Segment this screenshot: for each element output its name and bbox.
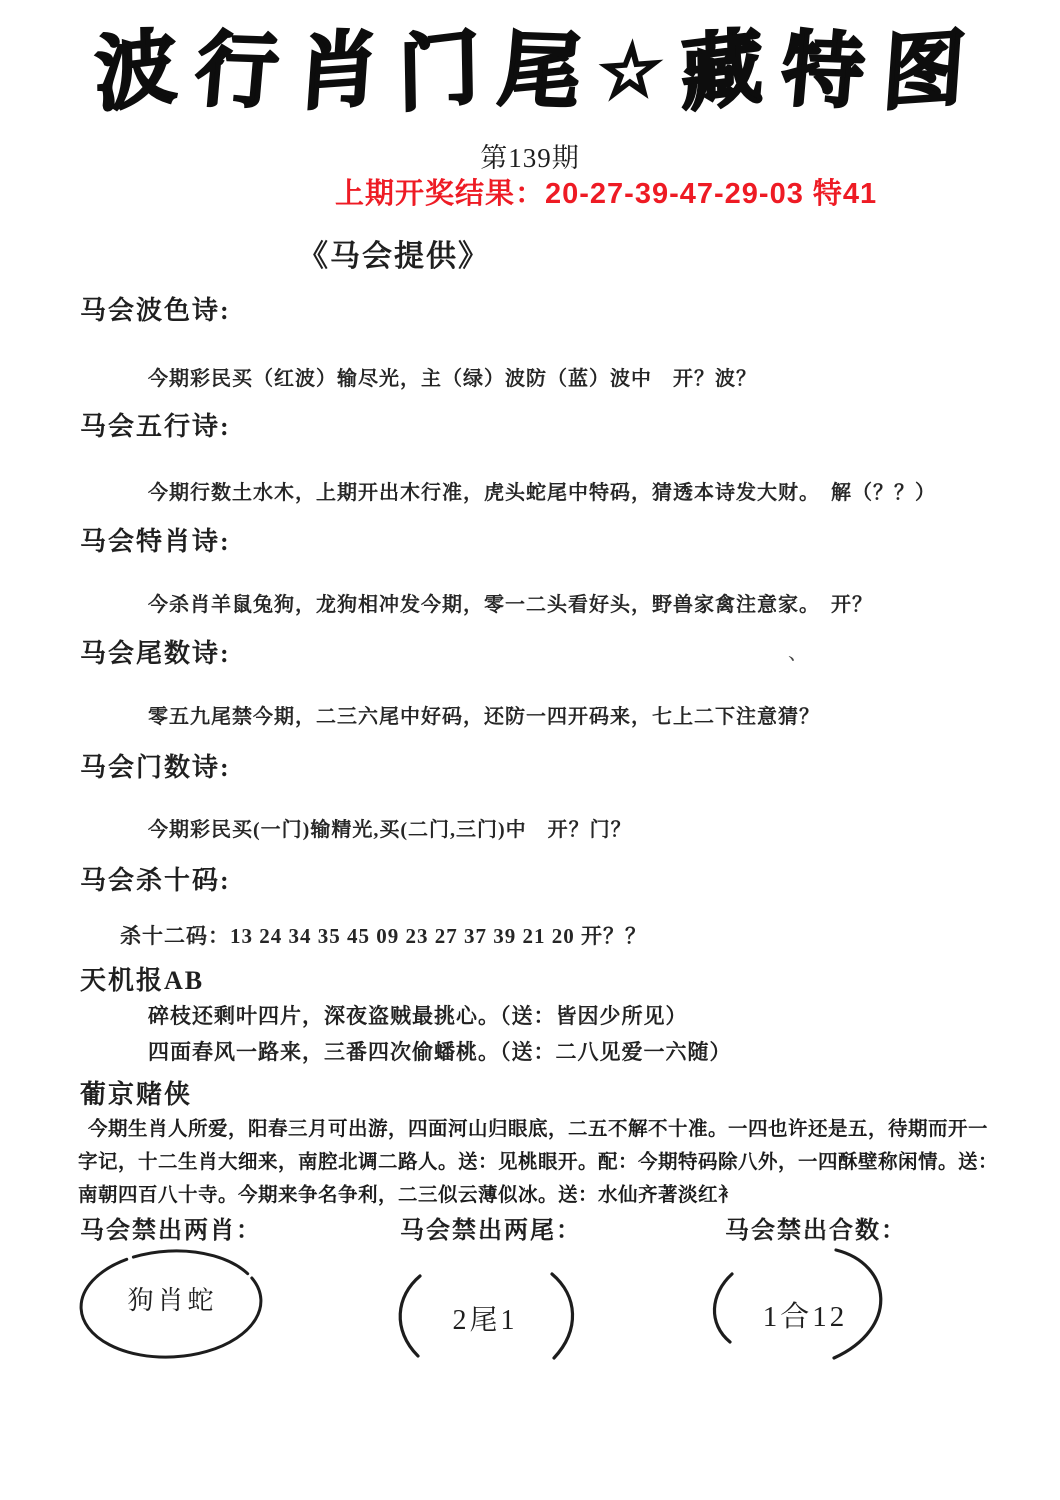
title-char: 肖 (294, 27, 382, 115)
title-char: 波 (95, 25, 178, 117)
pujing-line-1: 今期生肖人所爱，阳春三月可出游，四面河山归眼底，二五不解不十准。一四也许还是五，… (88, 1113, 988, 1141)
star-icon: ☆ (597, 34, 665, 109)
pujing-label: 葡京赌侠 (80, 1074, 192, 1111)
ban-label-heshu: 马会禁出合数： (725, 1210, 907, 1245)
section-label-weishu: 马会尾数诗: (80, 633, 231, 670)
section-label-menshu: 马会门数诗: (80, 747, 231, 784)
section-poem-weishu: 零五九尾禁今期，二三六尾中好码，还防一四开码来，七上二下注意猜？ (148, 700, 820, 729)
ban-value-heshu: 1合12 (700, 1294, 910, 1335)
title-char: 门 (397, 25, 480, 117)
ban-value-shengxiao: 狗肖蛇 (75, 1280, 270, 1317)
title-char: 藏 (681, 25, 764, 117)
section-label-shashima: 马会杀十码: (80, 860, 231, 897)
ban-label-weishu: 马会禁出两尾： (400, 1210, 582, 1245)
ban-value-weishu: 2尾1 (380, 1298, 590, 1338)
ban-shape-shengxiao: 狗肖蛇 (75, 1248, 270, 1363)
lottery-tip-sheet: 波行肖门尾☆藏特图 第139期 上期开奖结果：20-27-39-47-29-03… (0, 0, 1060, 1500)
ban-shape-weishu: 2尾1 (380, 1268, 590, 1363)
ban-shape-heshu: 1合12 (700, 1246, 910, 1364)
section-label-wuxing: 马会五行诗: (80, 406, 231, 443)
section-label-texiao: 马会特肖诗: (80, 521, 231, 558)
section-poem-wuxing: 今期行数土水木，上期开出木行准，虎头蛇尾中特码，猜透本诗发大财。 解（？？） (148, 476, 936, 505)
ban-label-shengxiao: 马会禁出两肖： (80, 1210, 262, 1245)
pujing-line-2: 字记，十二生肖大细来，南腔北调二路人。送：见桃眼开。配：今期特码除八外，一四酥壁… (78, 1146, 998, 1174)
stray-mark: 、 (788, 636, 808, 665)
title-char: 行 (192, 29, 281, 114)
section-poem-bose: 今期彩民买（红波）输尽光，主（绿）波防（蓝）波中 开？波？ (148, 362, 757, 391)
section-label-bose: 马会波色诗: (80, 290, 231, 327)
title-char: 特 (778, 29, 867, 114)
tianji-line-1: 碎枝还剩叶四片，深夜盗贼最挑心。（送：皆因少所见） (148, 1000, 688, 1030)
tianji-line-2: 四面春风一路来，三番四次偷蟠桃。（送：二八见爱一六随） (148, 1036, 732, 1066)
section-poem-texiao: 今杀肖羊鼠兔狗，龙狗相冲发今期，零一二头看好头，野兽家禽注意家。 开？ (148, 588, 873, 617)
issue-number: 第139期 (0, 136, 1060, 175)
title-char: 图 (880, 27, 968, 115)
section-poem-shashima: 杀十二码：13 24 34 35 45 09 23 27 37 39 21 20… (120, 920, 647, 950)
tianji-label: 天机报AB (80, 960, 204, 997)
title-char: 尾 (495, 29, 584, 114)
provider-heading: 《马会提供》 (298, 231, 490, 275)
page-title: 波行肖门尾☆藏特图 (95, 12, 965, 130)
section-poem-menshu: 今期彩民买(一门)输精光,买(二门,三门)中 开？门？ (148, 813, 632, 842)
last-draw-result: 上期开奖结果：20-27-39-47-29-03 特41 (335, 171, 877, 212)
pujing-line-3: 南朝四百八十寺。今期来争名争利，二三似云薄似冰。送：水仙齐著淡红衤 (78, 1179, 738, 1207)
